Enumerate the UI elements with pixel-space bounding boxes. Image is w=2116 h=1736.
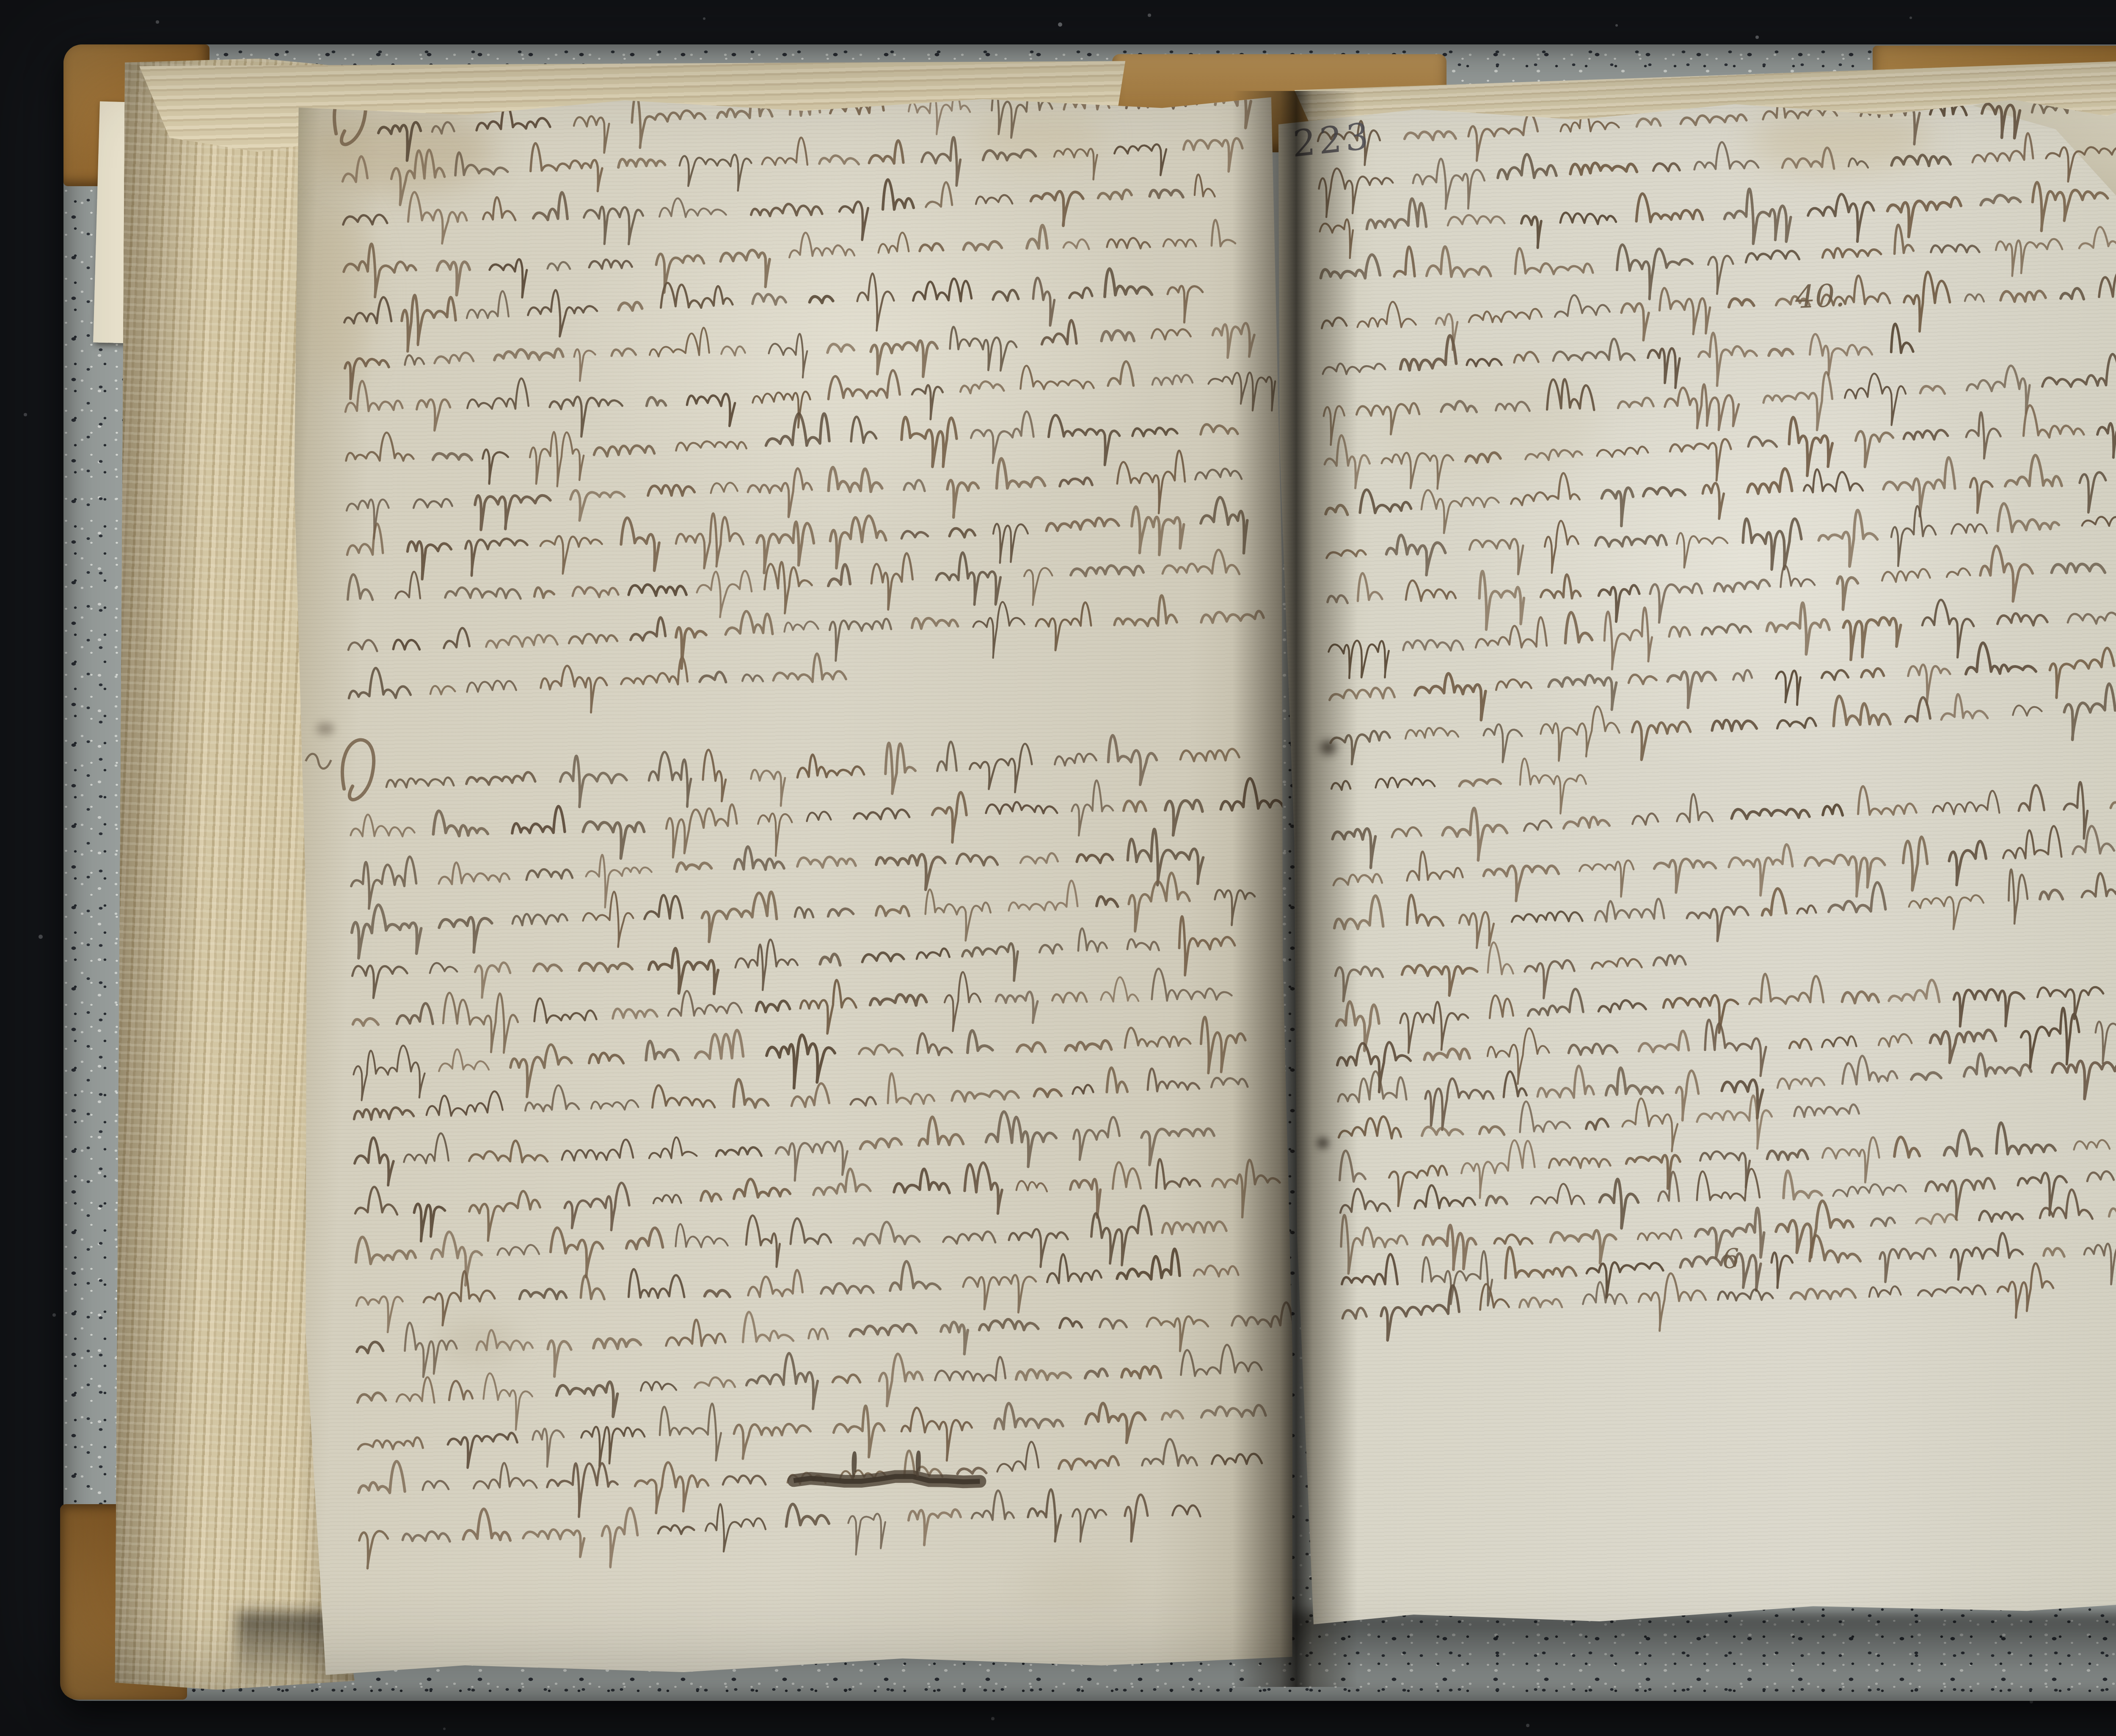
right-page: 40.6 223 (1271, 90, 2116, 1632)
gutter-shadow (1232, 91, 1358, 1687)
legible-number: 6 (1722, 1243, 1740, 1275)
legible-number: 40. (1794, 277, 1846, 316)
handwriting-left (287, 89, 1300, 1681)
left-page (287, 89, 1300, 1681)
archival-manuscript-photo: 40.6 223 (0, 0, 2116, 1736)
handwriting-right: 40.6 (1271, 90, 2116, 1632)
margin-mark (306, 754, 331, 769)
